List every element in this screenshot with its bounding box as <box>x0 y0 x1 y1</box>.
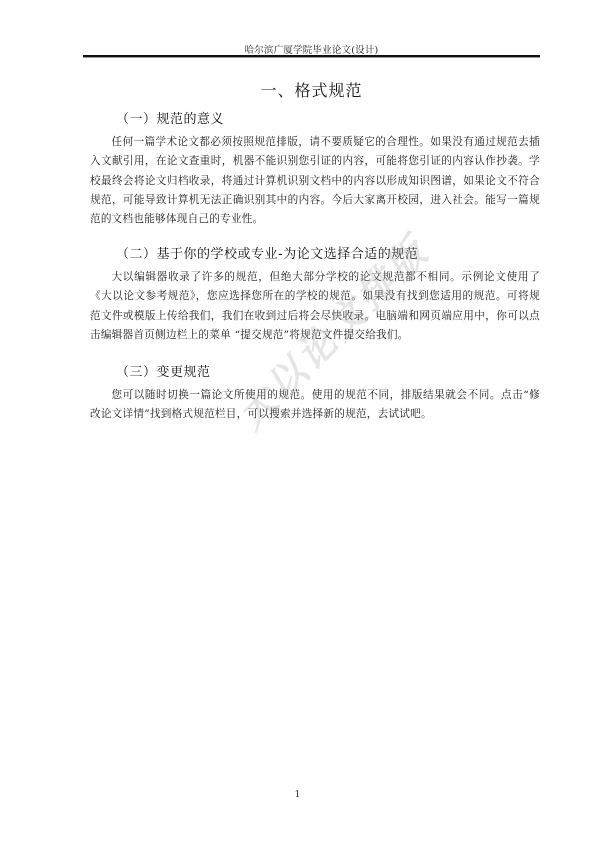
section-paragraph-1: 任何一篇学术论文都必须按照规范排版，请不要质疑它的合理性。如果没有通过规范去插入… <box>90 133 540 229</box>
section-heading-3: （三）变更规范 <box>116 361 211 380</box>
section-heading-1: （一）规范的意义 <box>116 108 224 127</box>
chapter-title: 一、格式规范 <box>83 78 540 101</box>
section-paragraph-3: 您可以随时切换一篇论文所使用的规范。使用的规范不同，排版结果就会不同。点击“修改… <box>90 386 540 425</box>
header-rule-shadow <box>83 57 540 58</box>
page-number: 1 <box>0 790 595 800</box>
running-header: 哈尔滨广厦学院毕业论文(设计) <box>83 42 540 56</box>
document-page: 哈尔滨广厦学院毕业论文(设计) 一、格式规范 （一）规范的意义 任何一篇学术论文… <box>0 0 595 842</box>
